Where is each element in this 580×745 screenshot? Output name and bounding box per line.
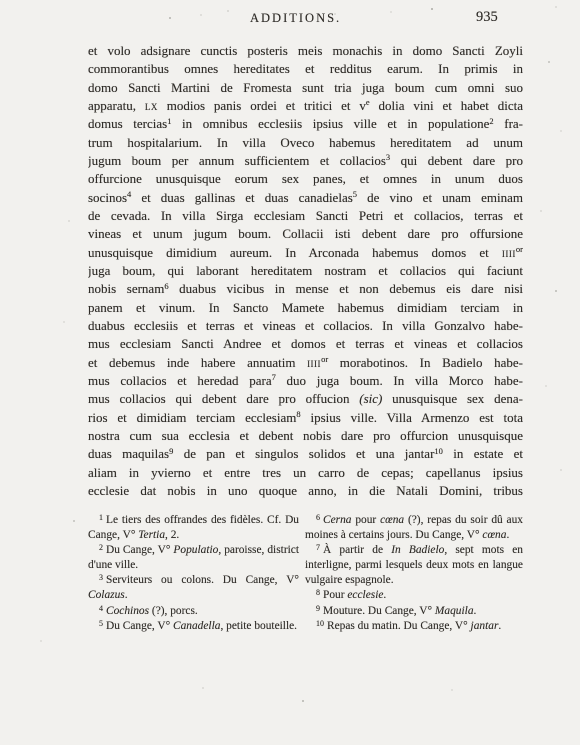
text-segment: duo juga boum. In villa Morco habe-	[276, 373, 523, 388]
text-segment: Repas du matin. Du Cange, V°	[327, 620, 471, 632]
text-segment: .	[506, 529, 509, 541]
text-segment: Tertia	[138, 529, 165, 541]
body-text-line: et volo adsignare cunctis posteris meis …	[88, 42, 523, 60]
text-segment: qui debent dare pro	[390, 153, 523, 168]
text-segment: unusquisque dimidium aureum. In Arconada…	[88, 245, 502, 260]
text-segment: iiii	[502, 245, 516, 260]
text-segment: .	[125, 589, 128, 601]
footnote-number: 6	[316, 513, 323, 522]
text-segment: et volo adsignare cunctis posteris meis …	[88, 43, 523, 58]
text-segment: (sic)	[359, 391, 382, 406]
text-segment: , 2.	[165, 529, 179, 541]
text-segment: Mouture. Du Cange, V°	[323, 605, 435, 617]
text-segment: , petite bouteille.	[220, 620, 297, 632]
text-segment: juga boum, qui laborant hereditatem nost…	[88, 263, 523, 278]
text-segment: .	[498, 620, 501, 632]
text-segment: modios panis ordei et tritici et v	[158, 98, 366, 113]
text-segment: À partir de	[323, 544, 391, 556]
book-page: ADDITIONS. 935 et volo adsignare cunctis…	[0, 0, 580, 745]
footnote-number: 1	[99, 513, 106, 522]
footnotes-right-column: 6Cerna pour cœna (?), repas du soir dû a…	[305, 513, 523, 634]
body-text-line: apparatu, lx modios panis ordei et triti…	[88, 97, 523, 115]
footnote-number: 2	[99, 543, 106, 552]
text-segment: mus collacios qui debent dare pro offuci…	[88, 391, 359, 406]
text-segment: 6	[164, 281, 168, 291]
text-segment: nostra cum sua ecclesia et debent nobis …	[88, 428, 523, 443]
footnote-number: 3	[99, 573, 106, 582]
text-segment: 1	[167, 116, 171, 126]
text-segment: cœna	[482, 529, 506, 541]
text-segment: In Badielo	[391, 544, 444, 556]
text-segment: lx	[145, 98, 158, 113]
text-segment: vineas et unum jugum boum. Collacii isti…	[88, 226, 523, 241]
body-text-line: socinos4 et duas gallinas et duas canadi…	[88, 189, 523, 207]
body-text-line: ecclesie dat nobis in uno quoque anno, i…	[88, 482, 523, 500]
text-segment: Du Cange, V°	[106, 620, 173, 632]
body-text-line: vineas et unum jugum boum. Collacii isti…	[88, 225, 523, 243]
text-segment: morabotinos. In Badielo habe-	[328, 355, 523, 370]
text-segment: Cerna	[323, 514, 351, 526]
body-text-line: mus collacios qui debent dare pro offuci…	[88, 390, 523, 408]
text-segment: 3	[386, 152, 390, 162]
text-segment: apparatu,	[88, 98, 145, 113]
body-text-line: nostra cum sua ecclesia et debent nobis …	[88, 427, 523, 445]
body-text-line: mus ecclesiam Sancti Andree et domos et …	[88, 335, 523, 353]
text-segment: mus collacios et heredad para	[88, 373, 272, 388]
text-segment: fra-	[494, 116, 523, 131]
footnote: 6Cerna pour cœna (?), repas du soir dû a…	[305, 513, 523, 543]
body-text-line: unusquisque dimidium aureum. In Arconada…	[88, 244, 523, 262]
body-text-line: trum hospitalarium. In villa Oveco habem…	[88, 134, 523, 152]
text-segment: duas maquilas	[88, 446, 169, 461]
text-segment: duabus vicibus in mense et non debemus e…	[169, 281, 523, 296]
body-text-line: panem et vinum. In Sancto Mamete habemus…	[88, 299, 523, 317]
text-segment: et duas gallinas et duas canadielas	[131, 190, 353, 205]
text-segment: Canadella	[173, 620, 220, 632]
text-segment: (?), porcs.	[149, 605, 198, 617]
footnote-number: 4	[99, 604, 106, 613]
text-segment: Colazus	[88, 589, 125, 601]
text-segment: Populatio	[173, 544, 218, 556]
text-segment: de cevada. In villa Sirga ecclesiam Sanc…	[88, 208, 523, 223]
text-segment: cœna	[380, 514, 404, 526]
text-segment: de vino et unam eminam	[357, 190, 523, 205]
text-segment: ipsius ville. Villa Armenzo est tota	[301, 410, 523, 425]
body-text-line: domo Sancti Martini de Fromesta sunt tri…	[88, 79, 523, 97]
body-text-line: et debemus inde habere annuatim iiiior m…	[88, 354, 523, 372]
text-segment: de pan et singulos solidos et una jantar	[173, 446, 434, 461]
text-segment: Le tiers des offrandes des fidèles. Cf. …	[88, 514, 299, 541]
body-text-line: aliam in yvierno et entre tres un carro …	[88, 464, 523, 482]
text-segment: pour	[351, 514, 380, 526]
body-text-line: mus collacios et heredad para7 duo juga …	[88, 372, 523, 390]
body-text-line: jugum boum per annum sufficientem et col…	[88, 152, 523, 170]
body-text-line: duabus ecclesiis et terras et vineas et …	[88, 317, 523, 335]
text-segment: Maquila	[435, 605, 474, 617]
footnote-number: 5	[99, 619, 106, 628]
text-segment: domo Sancti Martini de Fromesta sunt tri…	[88, 80, 523, 95]
body-text-line: juga boum, qui laborant hereditatem nost…	[88, 262, 523, 280]
text-segment: offurcione unusquisque eorum sex panes, …	[88, 171, 523, 186]
text-segment: Cochinos	[106, 605, 149, 617]
body-text: et volo adsignare cunctis posteris meis …	[88, 42, 523, 500]
body-text-line: offurcione unusquisque eorum sex panes, …	[88, 170, 523, 188]
text-segment: mus ecclesiam Sancti Andree et domos et …	[88, 336, 523, 351]
text-segment: in omnibus ecclesiis ipsius ville et in …	[171, 116, 489, 131]
text-segment: ecclesie dat nobis in uno quoque anno, i…	[88, 483, 523, 498]
footnote-number: 8	[316, 588, 323, 597]
page-header-title: ADDITIONS.	[250, 11, 341, 26]
footnote-number: 7	[316, 543, 323, 552]
text-segment: 10	[434, 446, 443, 456]
text-segment: domus tercias	[88, 116, 167, 131]
text-segment: iiii	[307, 355, 321, 370]
text-segment: 8	[296, 409, 300, 419]
footnote: 4Cochinos (?), porcs.	[88, 604, 299, 619]
text-segment: or	[516, 244, 523, 254]
text-segment: duabus ecclesiis et terras et vineas et …	[88, 318, 523, 333]
text-segment: .	[474, 605, 477, 617]
text-segment: e	[366, 97, 370, 107]
body-text-line: commorantibus omnes hereditates et reddi…	[88, 60, 523, 78]
text-segment: 5	[353, 189, 357, 199]
text-segment: nobis sernam	[88, 281, 164, 296]
text-segment: commorantibus omnes hereditates et reddi…	[88, 61, 523, 76]
text-segment: dolia vini et habet dicta	[370, 98, 523, 113]
footnote: 8Pour ecclesie.	[305, 588, 523, 603]
body-text-line: nobis sernam6 duabus vicibus in mense et…	[88, 280, 523, 298]
text-segment: aliam in yvierno et entre tres un carro …	[88, 465, 523, 480]
text-segment: or	[321, 354, 328, 364]
footnote: 7À partir de In Badielo, sept mots en in…	[305, 543, 523, 588]
text-segment: 2	[489, 116, 493, 126]
text-segment: 7	[272, 372, 276, 382]
text-segment: jantar	[471, 620, 499, 632]
footnote: 5Du Cange, V° Canadella, petite bouteill…	[88, 619, 299, 634]
text-segment: 4	[127, 189, 131, 199]
text-segment: 9	[169, 446, 173, 456]
text-segment: Serviteurs ou colons. Du Cange, V°	[106, 574, 299, 586]
footnote: 10Repas du matin. Du Cange, V° jantar.	[305, 619, 523, 634]
page-number: 935	[476, 9, 498, 26]
text-segment: .	[383, 589, 386, 601]
text-segment: ecclesie	[347, 589, 383, 601]
footnote-number: 9	[316, 604, 323, 613]
text-segment: panem et vinum. In Sancto Mamete habemus…	[88, 300, 523, 315]
body-text-line: de cevada. In villa Sirga ecclesiam Sanc…	[88, 207, 523, 225]
text-segment: socinos	[88, 190, 127, 205]
body-text-line: duas maquilas9 de pan et singulos solido…	[88, 445, 523, 463]
footnote: 3Serviteurs ou colons. Du Cange, V° Cola…	[88, 573, 299, 603]
footnotes-left-column: 1Le tiers des offrandes des fidèles. Cf.…	[88, 513, 299, 634]
text-segment: Du Cange, V°	[106, 544, 173, 556]
footnote: 2Du Cange, V° Populatio, paroisse, distr…	[88, 543, 299, 573]
text-segment: in estate et	[443, 446, 523, 461]
text-segment: rios et dimidiam terciam ecclesiam	[88, 410, 296, 425]
body-text-line: rios et dimidiam terciam ecclesiam8 ipsi…	[88, 409, 523, 427]
footnote-number: 10	[316, 619, 327, 628]
text-segment: jugum boum per annum sufficientem et col…	[88, 153, 386, 168]
footnote: 9Mouture. Du Cange, V° Maquila.	[305, 604, 523, 619]
text-segment: trum hospitalarium. In villa Oveco habem…	[88, 135, 523, 150]
body-text-line: domus tercias1 in omnibus ecclesiis ipsi…	[88, 115, 523, 133]
text-segment: et debemus inde habere annuatim	[88, 355, 307, 370]
footnote: 1Le tiers des offrandes des fidèles. Cf.…	[88, 513, 299, 543]
text-segment: Pour	[323, 589, 347, 601]
text-segment: unusquisque sex dena-	[382, 391, 523, 406]
